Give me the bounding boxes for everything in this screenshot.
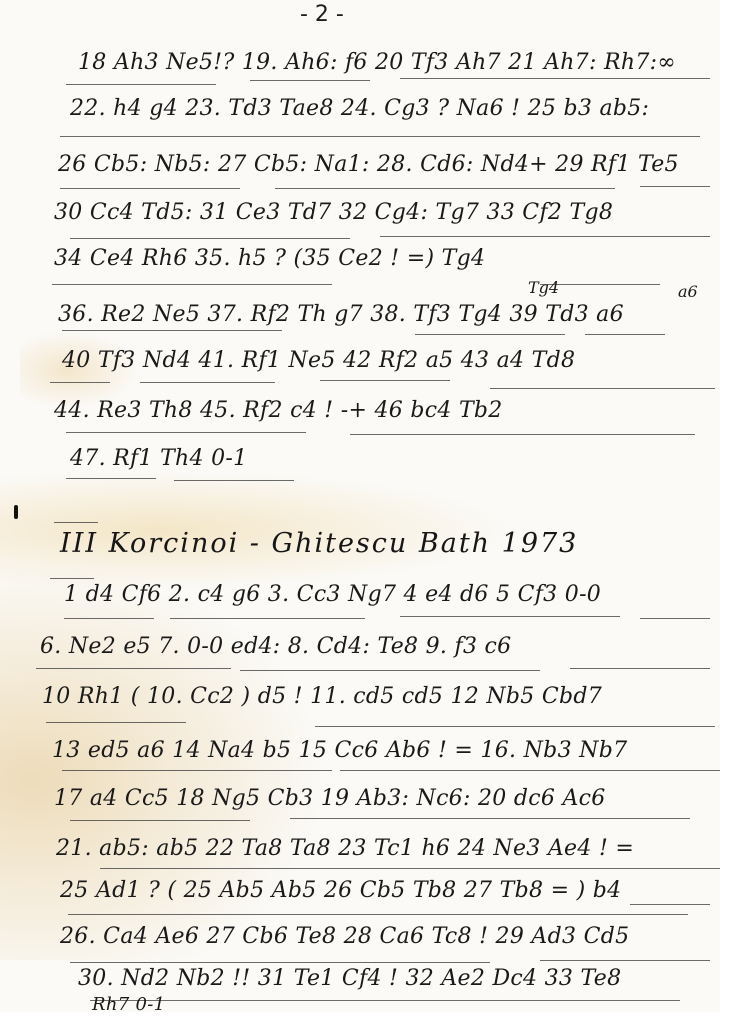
move-line: 1 d4 Cf6 2. c4 g6 3. Cc3 Ng7 4 e4 d6 5 C…	[64, 582, 720, 607]
underline	[570, 668, 710, 669]
annotation-above-38: Tg4	[528, 278, 559, 297]
page-number: - 2 -	[300, 2, 344, 27]
underline	[640, 186, 710, 187]
underline	[70, 238, 350, 239]
underline	[400, 78, 710, 79]
underline	[400, 616, 620, 617]
underline	[66, 432, 306, 433]
move-line: 26. Ca4 Ae6 27 Cb6 Te8 28 Ca6 Tc8 ! 29 A…	[60, 924, 720, 949]
move-line: 36. Re2 Ne5 37. Rf2 Th g7 38. Tf3 Tg4 39…	[58, 302, 720, 327]
move-line: 44. Re3 Th8 45. Rf2 c4 ! -+ 46 bc4 Tb2	[54, 398, 720, 423]
underline	[54, 522, 98, 523]
underline	[320, 380, 450, 381]
underline	[275, 188, 615, 189]
underline	[62, 770, 332, 771]
underline	[140, 382, 275, 383]
move-line: 21. ab5: ab5 22 Ta8 Ta8 23 Tc1 h6 24 Ne3…	[56, 836, 720, 861]
handwritten-page: - 2 - 18 Ah3 Ne5!? 19. Ah6: f6 20 Tf3 Ah…	[0, 0, 720, 1012]
underline	[340, 770, 720, 771]
move-line: 30 Cc4 Td5: 31 Ce3 Td7 32 Cg4: Tg7 33 Cf…	[54, 200, 720, 225]
underline	[62, 330, 282, 331]
underline	[36, 668, 231, 669]
underline	[52, 284, 332, 285]
underline	[350, 434, 695, 435]
underline	[60, 136, 700, 137]
underline	[64, 618, 154, 619]
underline	[240, 670, 540, 671]
margin-mark	[14, 505, 18, 519]
move-line: 47. Rf1 Th4 0-1	[70, 446, 720, 471]
move-line: 30. Nd2 Nb2 !! 31 Te1 Cf4 ! 32 Ae2 Dc4 3…	[78, 966, 720, 991]
underline	[585, 334, 665, 335]
underline	[174, 480, 294, 481]
underline	[380, 236, 710, 237]
underline	[250, 80, 370, 81]
move-line: 40 Tf3 Nd4 41. Rf1 Ne5 42 Rf2 a5 43 a4 T…	[62, 348, 720, 373]
underline	[50, 382, 110, 383]
underline	[50, 578, 94, 579]
move-line: 22. h4 g4 23. Td3 Tae8 24. Cg3 ? Na6 ! 2…	[70, 96, 720, 121]
underline	[70, 962, 490, 963]
underline	[100, 868, 720, 869]
underline	[66, 84, 216, 85]
game-heading: III Korcinoi - Ghitescu Bath 1973	[60, 528, 578, 559]
underline	[630, 904, 710, 905]
move-line: 13 ed5 a6 14 Na4 b5 15 Cc6 Ab6 ! = 16. N…	[52, 738, 720, 763]
underline	[66, 478, 156, 479]
move-line: 6. Ne2 e5 7. 0-0 ed4: 8. Cd4: Te8 9. f3 …	[40, 634, 720, 659]
underline	[290, 818, 690, 819]
move-line: 18 Ah3 Ne5!? 19. Ah6: f6 20 Tf3 Ah7 21 A…	[78, 50, 720, 75]
move-line: 34 Ce4 Rh6 35. h5 ? (35 Ce2 ! =) Tg4	[54, 246, 720, 271]
underline	[490, 388, 715, 389]
annotation-above-39: a6	[678, 282, 698, 301]
move-line: 25 Ad1 ? ( 25 Ab5 Ab5 26 Cb5 Tb8 27 Tb8 …	[60, 878, 720, 903]
underline	[170, 618, 365, 619]
move-line: Rh7 0-1	[92, 994, 720, 1012]
underline	[415, 334, 565, 335]
underline	[640, 618, 710, 619]
underline	[60, 188, 240, 189]
underline	[70, 820, 250, 821]
underline	[46, 722, 186, 723]
move-line: 26 Cb5: Nb5: 27 Cb5: Na1: 28. Cd6: Nd4+ …	[58, 152, 720, 177]
underline	[540, 960, 710, 961]
move-line: 10 Rh1 ( 10. Cc2 ) d5 ! 11. cd5 cd5 12 N…	[42, 684, 720, 709]
move-line: 17 a4 Cc5 18 Ng5 Cb3 19 Ab3: Nc6: 20 dc6…	[54, 786, 720, 811]
underline	[68, 914, 688, 915]
underline	[315, 726, 715, 727]
